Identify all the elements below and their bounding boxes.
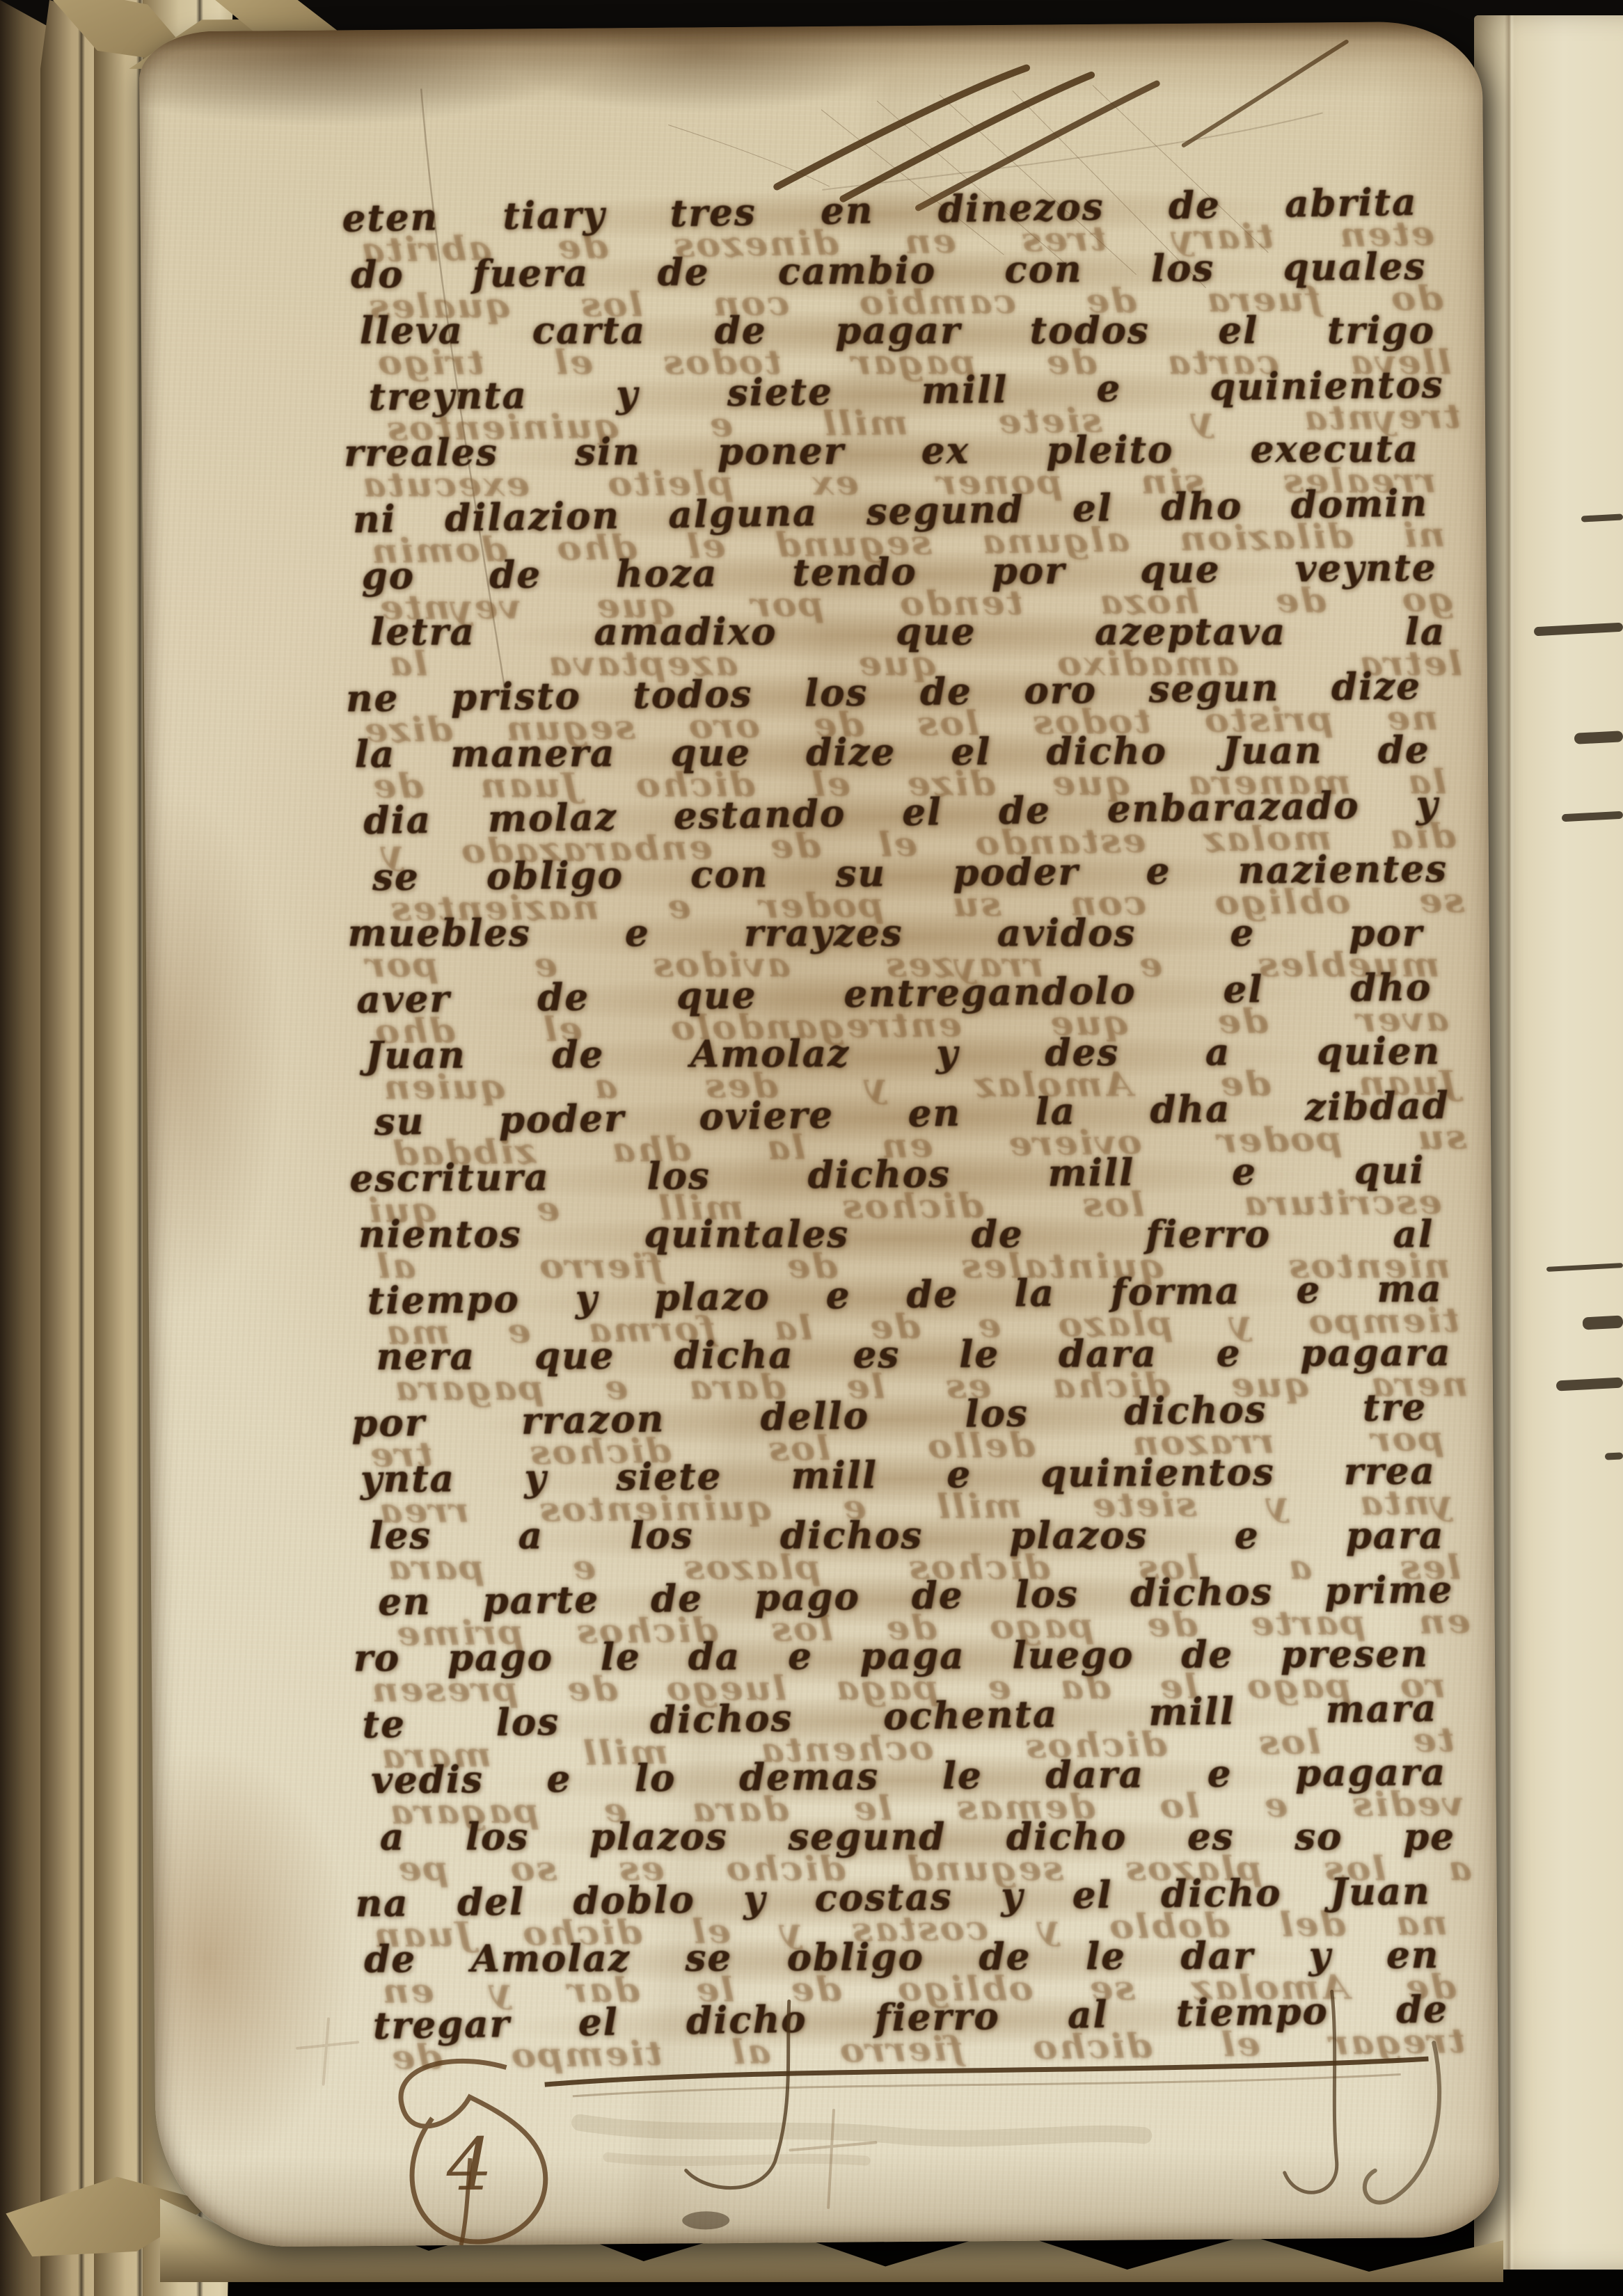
- manuscript-line: na del doblo y costas y el dicho Juan: [355, 1861, 1431, 1934]
- folio-number: 4: [445, 2122, 493, 2208]
- manuscript-line: ro pago le da e paga luego de presen: [354, 1624, 1429, 1689]
- manuscript-line: muebles e rrayzes avidos e por: [348, 903, 1423, 964]
- folio-number-badge: 4: [401, 2060, 546, 2245]
- manuscript-line: Juan de Amolaz y des a quien: [365, 1021, 1441, 1086]
- facing-page-ink-mark: [1562, 811, 1623, 822]
- manuscript-line: nientos quintales de fierro al: [358, 1204, 1434, 1265]
- manuscript-line: les a los dichos plazos e para: [370, 1506, 1445, 1566]
- manuscript-line: treynta y siete mill e quinientos: [368, 355, 1444, 428]
- facing-page-crease: [1505, 15, 1514, 2270]
- gutter-crevice: [78, 0, 85, 2296]
- manuscript-line: ynta y siete mill e quinientos rrea: [361, 1442, 1436, 1510]
- facing-page-ink-mark: [1534, 623, 1623, 637]
- facing-page-ink-mark: [1583, 1315, 1623, 1330]
- facing-page-ink-mark: [1605, 1452, 1623, 1460]
- manuscript-line: letra amadixo que azeptava la: [370, 602, 1446, 662]
- manuscript-line: escritura los dichos mill e qui: [349, 1140, 1425, 1209]
- facing-page-ink-mark: [1556, 1377, 1623, 1391]
- manuscript-line: tiempo y plazo e de la forma e ma: [367, 1259, 1443, 1332]
- manuscript-line: do fuera de cambio con los quales: [351, 237, 1427, 305]
- manuscript-line: de Amolaz se obligo de le dar y en: [364, 1925, 1439, 1990]
- manuscript-page: eten tiary tres en dinezos de abritado f…: [139, 21, 1500, 2247]
- facing-page-ink-mark: [1546, 1263, 1623, 1272]
- manuscript-line: rreales sin poner ex pleito executa: [344, 420, 1419, 484]
- facing-page-ink-mark: [1574, 731, 1623, 744]
- manuscript-line: se obligo con su poder e nazientes: [372, 838, 1448, 907]
- manuscript-scan: eten tiary tres en dinezos de abritado f…: [0, 0, 1623, 2296]
- manuscript-line: go de hoza tendo por que veynte: [361, 538, 1437, 607]
- manuscript-line: a los plazos segund dicho es so pe: [380, 1807, 1455, 1867]
- manuscript-line: nera que dicha es le dara e pagara: [376, 1323, 1451, 1387]
- manuscript-line: ne pristo todos los de oro segun dize: [346, 656, 1422, 729]
- manuscript-line: la manera que dize el dicho Juan de: [355, 720, 1430, 785]
- manuscript-line: en parte de pago de los dichos prime: [378, 1559, 1454, 1632]
- manuscript-text-block: eten tiary tres en dinezos de abritado f…: [349, 176, 1439, 2063]
- facing-page-ink-mark: [1581, 513, 1623, 522]
- manuscript-line: aver de que entregandolo el dho: [356, 957, 1432, 1030]
- manuscript-line: vedis e lo demas le dara e pagara: [371, 1742, 1447, 1811]
- manuscript-line: lleva carta de pagar todos el trigo: [360, 301, 1435, 361]
